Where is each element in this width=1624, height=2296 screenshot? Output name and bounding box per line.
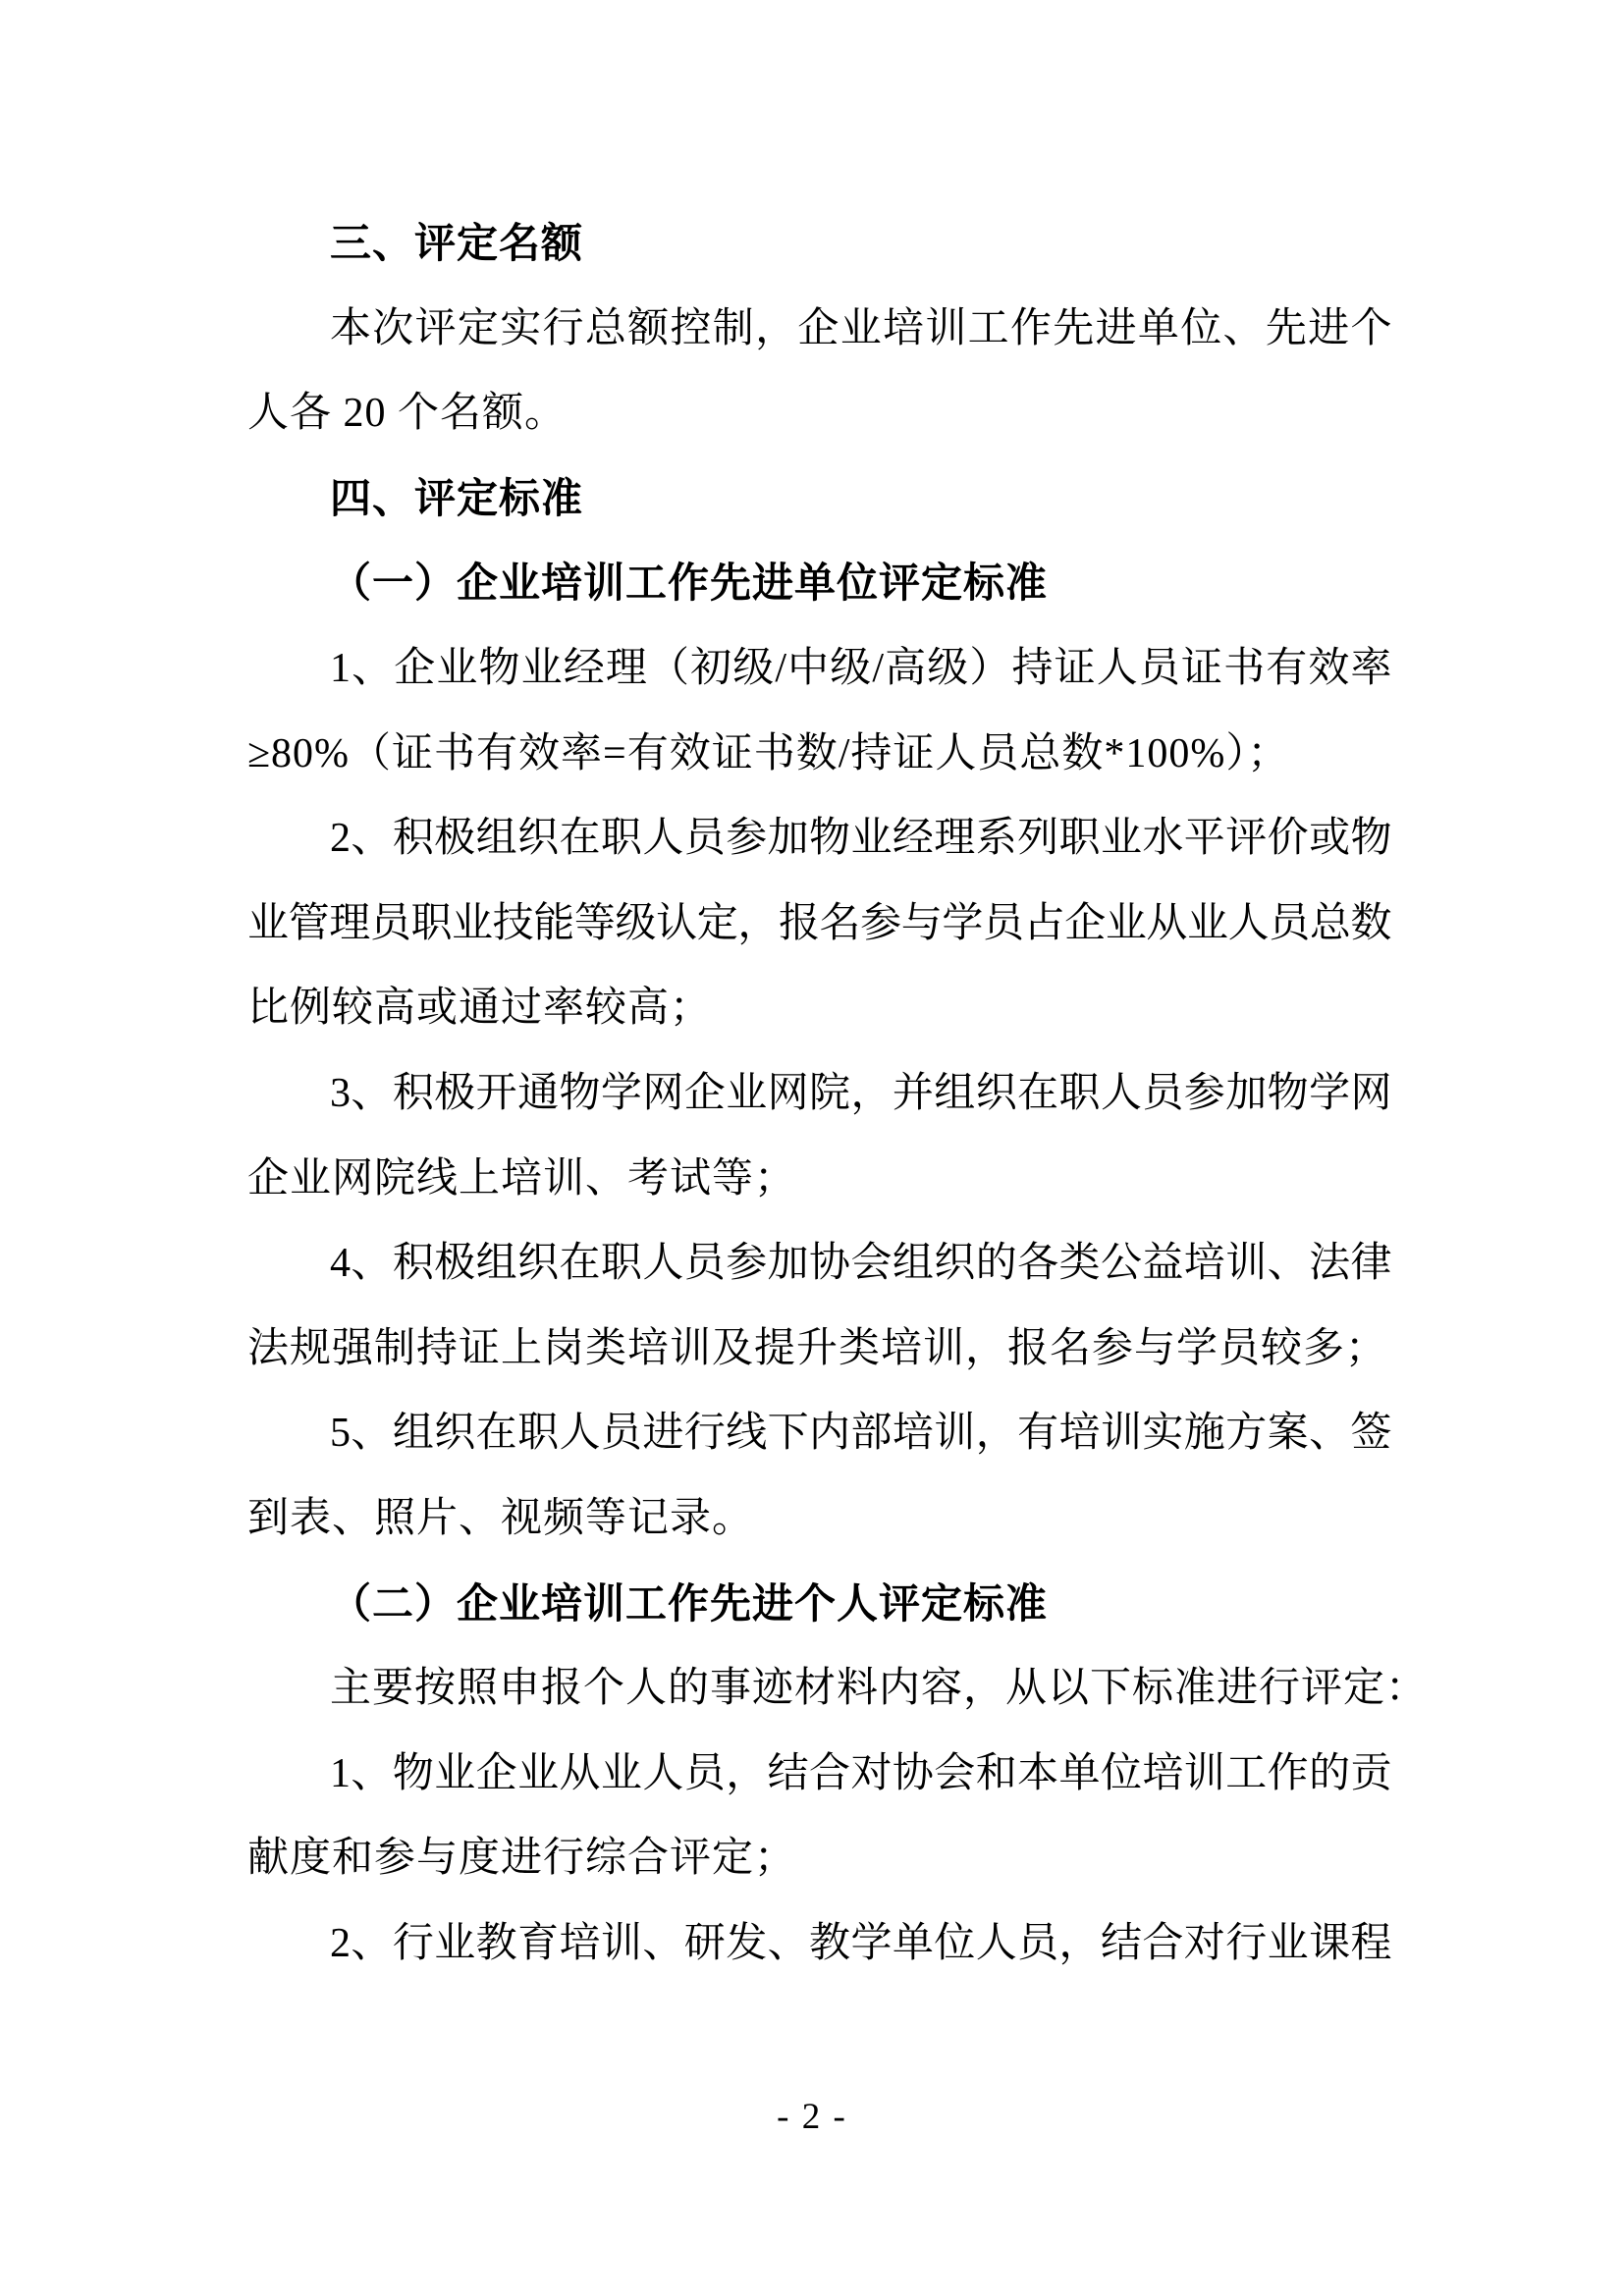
body-line: 1、物业企业从业人员，结合对协会和本单位培训工作的贡 xyxy=(247,1732,1391,1817)
body-line: 人各 20 个名额。 xyxy=(247,371,1391,456)
body-line: 2、行业教育培训、研发、教学单位人员，结合对行业课程 xyxy=(247,1901,1391,1987)
section-heading-criteria: 四、评定标准 xyxy=(247,456,1391,542)
document-body: 三、评定名额 本次评定实行总额控制，企业培训工作先进单位、先进个 人各 20 个… xyxy=(247,201,1391,1986)
body-line: 比例较高或通过率较高； xyxy=(247,966,1391,1051)
body-line: 法规强制持证上岗类培训及提升类培训，报名参与学员较多； xyxy=(247,1307,1391,1392)
document-page: 三、评定名额 本次评定实行总额控制，企业培训工作先进单位、先进个 人各 20 个… xyxy=(0,0,1624,2296)
body-line: 3、积极开通物学网企业网院，并组织在职人员参加物学网 xyxy=(247,1051,1391,1137)
body-line: 1、企业物业经理（初级/中级/高级）持证人员证书有效率 xyxy=(247,626,1391,712)
subheading-unit-criteria: （一）企业培训工作先进单位评定标准 xyxy=(247,541,1391,626)
page-number: - 2 - xyxy=(0,2099,1624,2135)
subheading-individual-criteria: （二）企业培训工作先进个人评定标准 xyxy=(247,1562,1391,1647)
body-line: 到表、照片、视频等记录。 xyxy=(247,1476,1391,1562)
body-line: 主要按照申报个人的事迹材料内容，从以下标准进行评定： xyxy=(247,1646,1391,1732)
body-line: 本次评定实行总额控制，企业培训工作先进单位、先进个 xyxy=(247,287,1391,372)
body-line: 献度和参与度进行综合评定； xyxy=(247,1816,1391,1901)
section-heading-quota: 三、评定名额 xyxy=(247,201,1391,287)
body-line: 企业网院线上培训、考试等； xyxy=(247,1137,1391,1222)
body-line: 4、积极组织在职人员参加协会组织的各类公益培训、法律 xyxy=(247,1221,1391,1307)
body-line: 2、积极组织在职人员参加物业经理系列职业水平评价或物 xyxy=(247,796,1391,881)
body-line: 业管理员职业技能等级认定，报名参与学员占企业从业人员总数 xyxy=(247,881,1391,967)
body-line: ≥80%（证书有效率=有效证书数/持证人员总数*100%）； xyxy=(247,712,1391,797)
body-line: 5、组织在职人员进行线下内部培训，有培训实施方案、签 xyxy=(247,1391,1391,1476)
